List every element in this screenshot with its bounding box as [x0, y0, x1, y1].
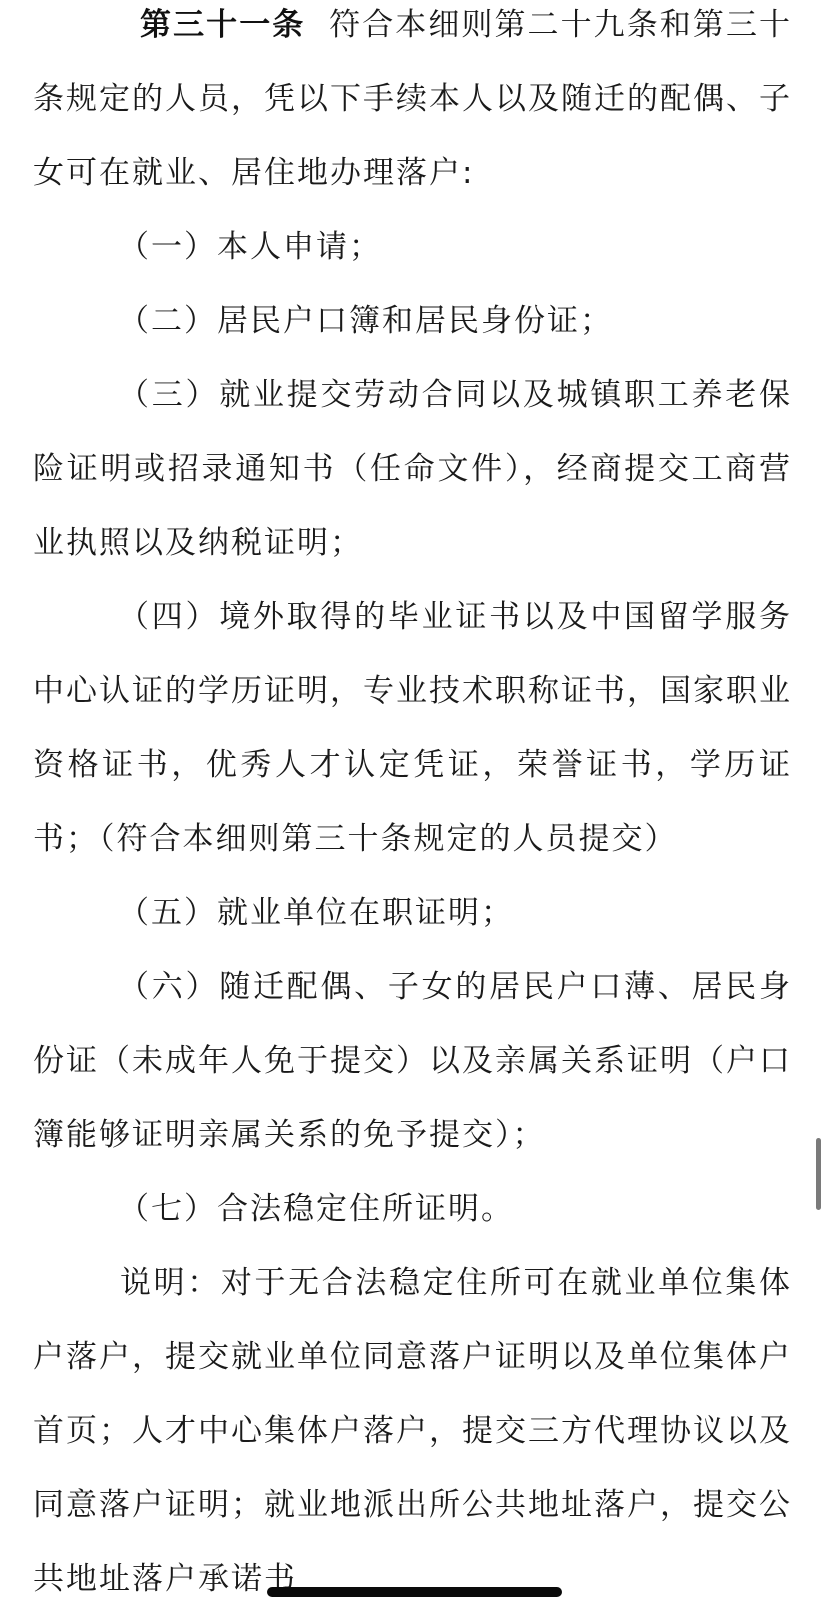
list-item-7: （七）合法稳定住所证明。 [118, 1189, 790, 1229]
list-item-4: （四）境外取得的毕业证书以及中国留学服务 [118, 597, 790, 637]
list-item-5: （五）就业单位在职证明； [118, 893, 790, 933]
list-item-6: （六）随迁配偶、子女的居民户口薄、居民身 [118, 967, 790, 1007]
scrollbar-thumb[interactable] [816, 1138, 821, 1210]
text-line: 户落户，提交就业单位同意落户证明以及单位集体户 [33, 1337, 790, 1377]
text-line: 簿能够证明亲属关系的免予提交）； [33, 1115, 790, 1155]
text-line: 书；（符合本细则第三十条规定的人员提交） [33, 819, 790, 859]
text-line: 份证（未成年人免于提交）以及亲属关系证明（户口 [33, 1041, 790, 1081]
text-line: 资格证书，优秀人才认定凭证，荣誉证书，学历证 [33, 745, 790, 785]
article-first-line: 第三十一条 符合本细则第二十九条和第三十 [140, 5, 790, 45]
text-line: 条规定的人员，凭以下手续本人以及随迁的配偶、子 [33, 79, 790, 119]
text-line: 同意落户证明；就业地派出所公共地址落户，提交公 [33, 1485, 790, 1525]
text-line: 业执照以及纳税证明； [33, 523, 790, 563]
list-item-3: （三）就业提交劳动合同以及城镇职工养老保 [118, 375, 790, 415]
text-line: 首页；人才中心集体户落户，提交三方代理协议以及 [33, 1411, 790, 1451]
document-page: 第三十一条 符合本细则第二十九条和第三十 条规定的人员，凭以下手续本人以及随迁的… [0, 0, 828, 1610]
list-item-2: （二）居民户口簿和居民身份证； [118, 301, 790, 341]
text-line: 女可在就业、居住地办理落户: [33, 153, 790, 193]
list-item-1: （一）本人申请； [118, 227, 790, 267]
article-text: 符合本细则第二十九条和第三十 [329, 7, 790, 43]
home-indicator[interactable] [267, 1587, 562, 1597]
text-line: 险证明或招录通知书（任命文件），经商提交工商营 [33, 449, 790, 489]
note-paragraph-start: 说明：对于无合法稳定住所可在就业单位集体 [120, 1263, 790, 1303]
article-number: 第三十一条 [140, 7, 305, 43]
text-line: 中心认证的学历证明，专业技术职称证书，国家职业 [33, 671, 790, 711]
